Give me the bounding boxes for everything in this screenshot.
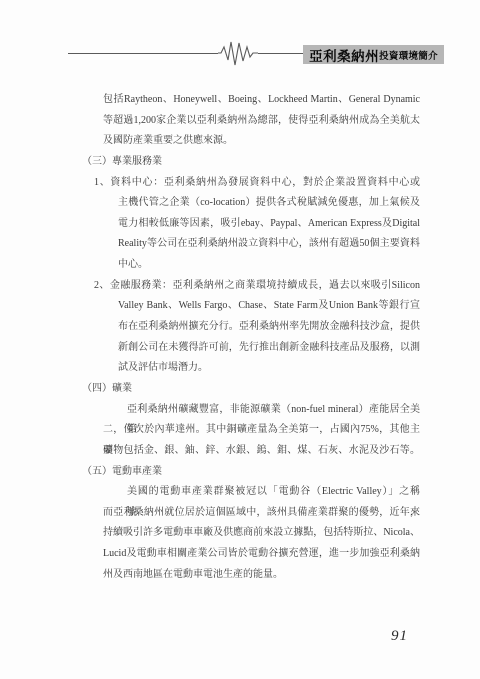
text-line: Lucid及電動車相關產業公司皆於電動谷擴充營運，進一步加強亞利桑納 <box>82 544 420 565</box>
text-line: 美國的電動車產業群聚被冠以「電動谷（Electric Valley）」之稱號， <box>82 482 420 503</box>
header-title-main: 亞利桑納州 <box>309 45 379 65</box>
text-line: 包括Raytheon、Honeywell、Boeing、Lockheed Mar… <box>82 90 420 111</box>
text-line: 礦物包括金、銀、鈾、鋅、水銀、鎢、鉬、煤、石灰、水泥及沙石等。 <box>82 441 420 462</box>
text-line: Valley Bank、Wells Fargo、Chase、State Farm… <box>82 296 420 317</box>
text-line: 持續吸引許多電動車車廠及供應商前來設立據點，包括特斯拉、Nicola、 <box>82 523 420 544</box>
page-header-title: 亞利桑納州投資環境簡介 <box>303 45 444 64</box>
text-line: 亞利桑納州礦藏豐富，非能源礦業（non-fuel mineral）產能居全美第 <box>82 400 420 421</box>
text-line: 試及評估市場潛力。 <box>82 358 420 379</box>
text-line: 1、資料中心：亞利桑納州為發展資料中心，對於企業設置資料中心或 <box>82 173 420 194</box>
text-line: （四）礦業 <box>82 379 420 400</box>
text-line: 電力相較低廉等因素，吸引ebay、Paypal、American Express… <box>82 214 420 235</box>
header-rule-right <box>258 53 305 54</box>
text-line: Reality等公司在亞利桑納州設立資料中心，該州有超過50個主要資料 <box>82 234 420 255</box>
header-title-sub: 投資環境簡介 <box>379 48 438 62</box>
text-line: 2、金融服務業：亞利桑納州之商業環境持續成長，過去以來吸引Silicon <box>82 276 420 297</box>
text-line: 及國防產業重要之供應來源。 <box>82 131 420 152</box>
page-number: 91 <box>391 628 408 645</box>
text-line: 等超過1,200家企業以亞利桑納州為總部，使得亞利桑納州成為全美航太 <box>82 111 420 132</box>
text-lines: 包括Raytheon、Honeywell、Boeing、Lockheed Mar… <box>82 90 420 585</box>
header-rule-left <box>68 53 218 54</box>
text-line: 新創公司在未獲得許可前，先行推出創新金融科技產品及服務，以測 <box>82 338 420 359</box>
text-line: 州及西南地區在電動車電池生產的能量。 <box>82 565 420 586</box>
pulse-zigzag-icon <box>218 39 258 68</box>
text-line: 中心。 <box>82 255 420 276</box>
text-line: 而亞利桑納州就位居於這個區域中，該州具備產業群聚的優勢，近年來 <box>82 503 420 524</box>
text-line: （三）專業服務業 <box>82 152 420 173</box>
text-line: 布在亞利桑納州擴充分行。亞利桑納州率先開放金融科技沙盒，提供 <box>82 317 420 338</box>
text-line: （五）電動車產業 <box>82 462 420 483</box>
text-line: 二，僅次於內華達州。其中銅礦產量為全美第一，占國內75%，其他主要 <box>82 420 420 441</box>
document-page: 亞利桑納州投資環境簡介 包括Raytheon、Honeywell、Boeing、… <box>0 0 480 679</box>
text-line: 主機代管之企業（co-location）提供各式稅賦減免優惠，加上氣候及 <box>82 193 420 214</box>
